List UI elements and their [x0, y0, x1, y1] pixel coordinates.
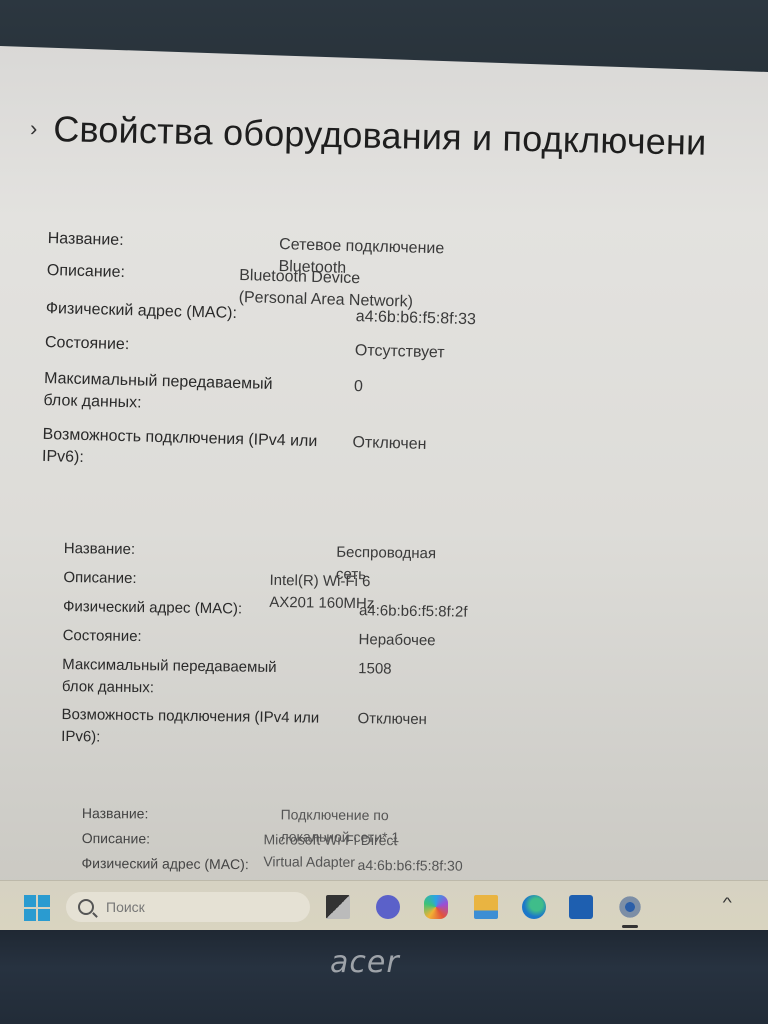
property-label: Максимальный передаваемый блок данных: — [43, 368, 284, 418]
property-label: Физический адрес (MAC): — [63, 596, 359, 622]
property-value: Отключен — [357, 708, 427, 753]
search-placeholder: Поиск — [106, 899, 145, 915]
settings-gear-icon[interactable] — [618, 895, 642, 919]
copilot-icon[interactable] — [424, 895, 448, 919]
property-value: a4:6b:b6:f5:8f:2f — [359, 600, 468, 624]
file-explorer-icon[interactable] — [474, 895, 498, 919]
edge-browser-icon[interactable] — [522, 895, 546, 919]
active-app-indicator — [622, 925, 638, 928]
property-value: a4:6b:b6:f5:8f:30 — [357, 854, 462, 877]
property-label: Возможность подключения (IPv4 или IPv6): — [42, 424, 333, 476]
property-value: Отсутствует — [355, 340, 445, 364]
tray-chevron-up-icon[interactable]: ^ — [723, 894, 732, 910]
page-header: › Свойства оборудования и подключени — [0, 98, 768, 177]
microsoft-store-icon[interactable] — [569, 895, 593, 919]
property-row: Возможность подключения (IPv4 или IPv6):… — [61, 704, 427, 753]
taskbar-search-input[interactable]: Поиск — [66, 892, 310, 922]
property-label: Максимальный передаваемый блок данных: — [62, 654, 303, 701]
property-row: Максимальный передаваемый блок данных: 0 — [43, 368, 363, 420]
property-value: 0 — [353, 376, 363, 420]
search-icon — [78, 899, 94, 915]
screen: › Свойства оборудования и подключени — [0, 40, 768, 930]
property-label: Физический адрес (MAC): — [81, 852, 357, 876]
property-row: Максимальный передаваемый блок данных: 1… — [62, 654, 392, 703]
property-label: Возможность подключения (IPv4 или IPv6): — [61, 704, 332, 752]
property-row: Физический адрес (MAC): a4:6b:b6:f5:8f:3… — [81, 852, 462, 877]
task-view-icon[interactable] — [326, 895, 350, 919]
taskbar: Поиск ^ — [0, 880, 768, 931]
brand-logo: acer — [330, 945, 400, 980]
property-value: Нерабочее — [358, 629, 435, 652]
breadcrumb-chevron-icon[interactable]: › — [30, 116, 38, 142]
property-value: a4:6b:b6:f5:8f:33 — [355, 306, 476, 331]
teams-meet-icon[interactable] — [376, 895, 400, 919]
property-label: Состояние: — [62, 625, 358, 651]
windows-start-icon[interactable] — [24, 895, 50, 921]
page-title: Свойства оборудования и подключени — [53, 108, 707, 164]
property-value: 1508 — [358, 658, 392, 702]
property-value: Отключен — [352, 432, 427, 478]
